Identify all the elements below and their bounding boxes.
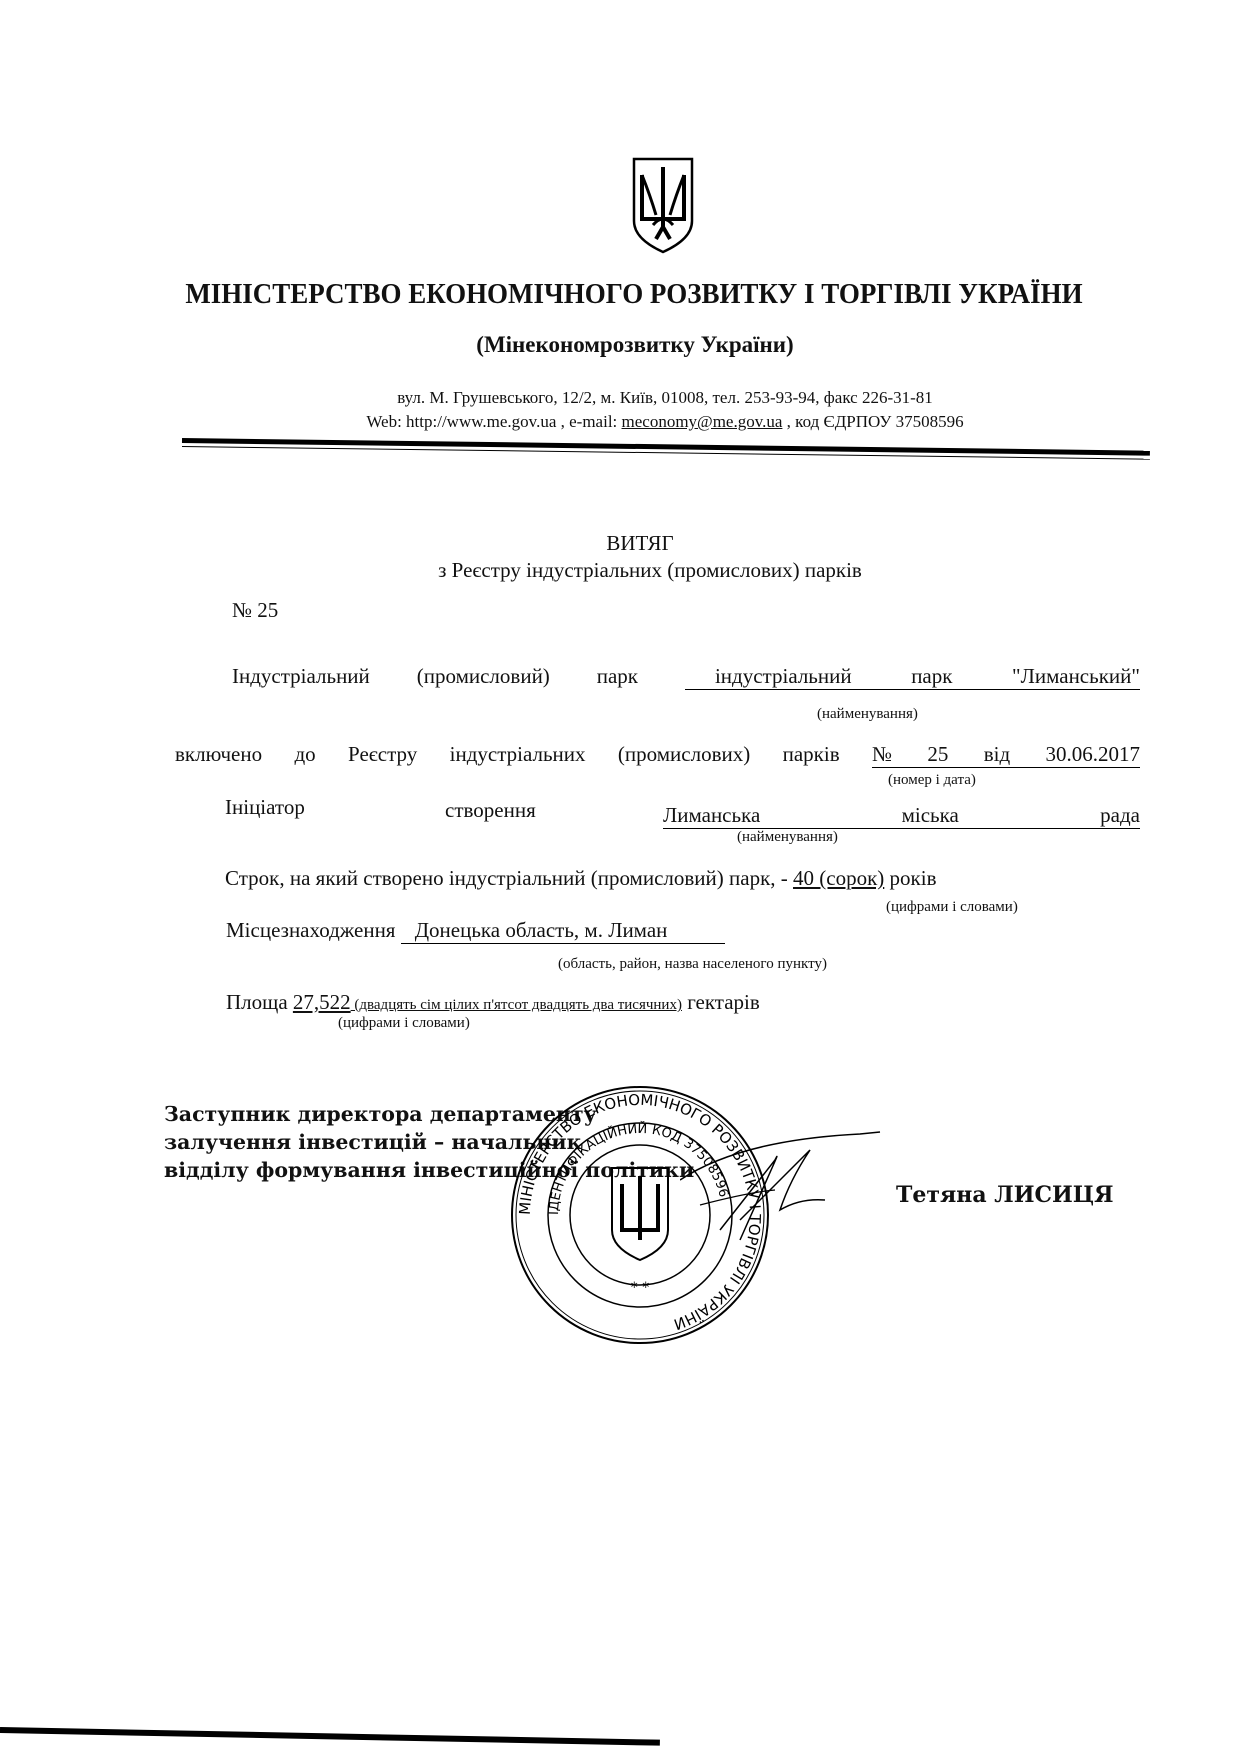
field-hint: (номер і дата) xyxy=(888,772,976,789)
signatory-name: Тетяна ЛИСИЦЯ xyxy=(896,1182,1113,1208)
value-word: 25 xyxy=(927,742,948,767)
field-value: Лиманська міська рада xyxy=(663,803,1140,829)
field-label: індустріальних xyxy=(450,742,586,768)
field-area: Площа 27,522 (двадцять сім цілих п'ятсот… xyxy=(226,990,760,1015)
trident-coat-of-arms-icon xyxy=(628,155,698,255)
email-link[interactable]: meconomy@me.gov.ua xyxy=(622,412,783,431)
field-value: Донецька область, м. Лиман xyxy=(401,918,725,944)
value-word: від xyxy=(984,742,1010,767)
field-label: (промислових) xyxy=(618,742,750,768)
field-hint: (найменування) xyxy=(817,706,918,723)
field-value: № 25 від 30.06.2017 xyxy=(872,742,1140,768)
field-label: Реєстру xyxy=(348,742,417,768)
document-number: № 25 xyxy=(232,598,278,623)
web-text: Web: http://www.me.gov.ua , e-mail: xyxy=(366,412,621,431)
field-hint: (найменування) xyxy=(737,829,838,846)
field-label: Місцезнаходження xyxy=(226,918,401,942)
field-label: до xyxy=(294,742,315,768)
field-hint: (цифрами і словами) xyxy=(886,899,1018,916)
field-label: (промисловий) xyxy=(417,664,550,690)
document-subtitle: з Реєстру індустріальних (промислових) п… xyxy=(0,558,1240,583)
value-word: рада xyxy=(1100,803,1140,828)
field-registry: включено до Реєстру індустріальних (пром… xyxy=(175,742,1140,768)
field-label: створення xyxy=(445,798,536,823)
field-term: Строк, на який створено індустріальний (… xyxy=(225,866,936,891)
field-hint: (область, район, назва населеного пункту… xyxy=(558,956,827,973)
field-label: парків xyxy=(783,742,840,768)
value-word: № xyxy=(872,742,892,767)
field-value: індустріальний парк "Лиманський" xyxy=(685,664,1140,690)
value-word: індустріальний xyxy=(715,664,852,689)
field-label: Індустріальний xyxy=(232,664,370,690)
field-suffix: років xyxy=(884,866,936,890)
field-hint: (цифрами і словами) xyxy=(338,1015,470,1032)
value-word: парк xyxy=(911,664,952,689)
field-label: Ініціатор xyxy=(225,795,305,820)
value-word: "Лиманський" xyxy=(1012,664,1140,689)
field-value: 27,522 xyxy=(293,990,351,1014)
stamp-stars: * * xyxy=(631,1280,649,1296)
field-label: включено xyxy=(175,742,262,768)
contacts-line: Web: http://www.me.gov.ua , e-mail: meco… xyxy=(0,412,1240,432)
registry-date: 30.06.2017 xyxy=(1045,742,1140,767)
field-label: Строк, на який створено індустріальний (… xyxy=(225,866,793,890)
handwritten-signature-icon xyxy=(680,1120,910,1250)
page-bottom-rule xyxy=(0,1727,660,1746)
field-value: 40 (сорок) xyxy=(793,866,884,890)
field-label: парк xyxy=(597,664,638,690)
field-park-name: Індустріальний (промисловий) парк індуст… xyxy=(232,664,1140,690)
value-word: Лиманська xyxy=(663,803,760,828)
field-location: Місцезнаходження Донецька область, м. Ли… xyxy=(226,918,725,944)
document-title: ВИТЯГ xyxy=(0,531,1240,556)
address-line: вул. М. Грушевського, 12/2, м. Київ, 010… xyxy=(0,388,1240,408)
edrpou-code: , код ЄДРПОУ 37508596 xyxy=(782,412,963,431)
field-label: Площа xyxy=(226,990,293,1014)
ministry-short-name: (Мінекономрозвитку України) xyxy=(0,332,1240,358)
field-value-words: (двадцять сім цілих п'ятсот двадцять два… xyxy=(351,997,682,1013)
ministry-name: МІНІСТЕРСТВО ЕКОНОМІЧНОГО РОЗВИТКУ І ТОР… xyxy=(43,278,1196,311)
value-word: міська xyxy=(902,803,959,828)
field-suffix: гектарів xyxy=(682,990,760,1014)
